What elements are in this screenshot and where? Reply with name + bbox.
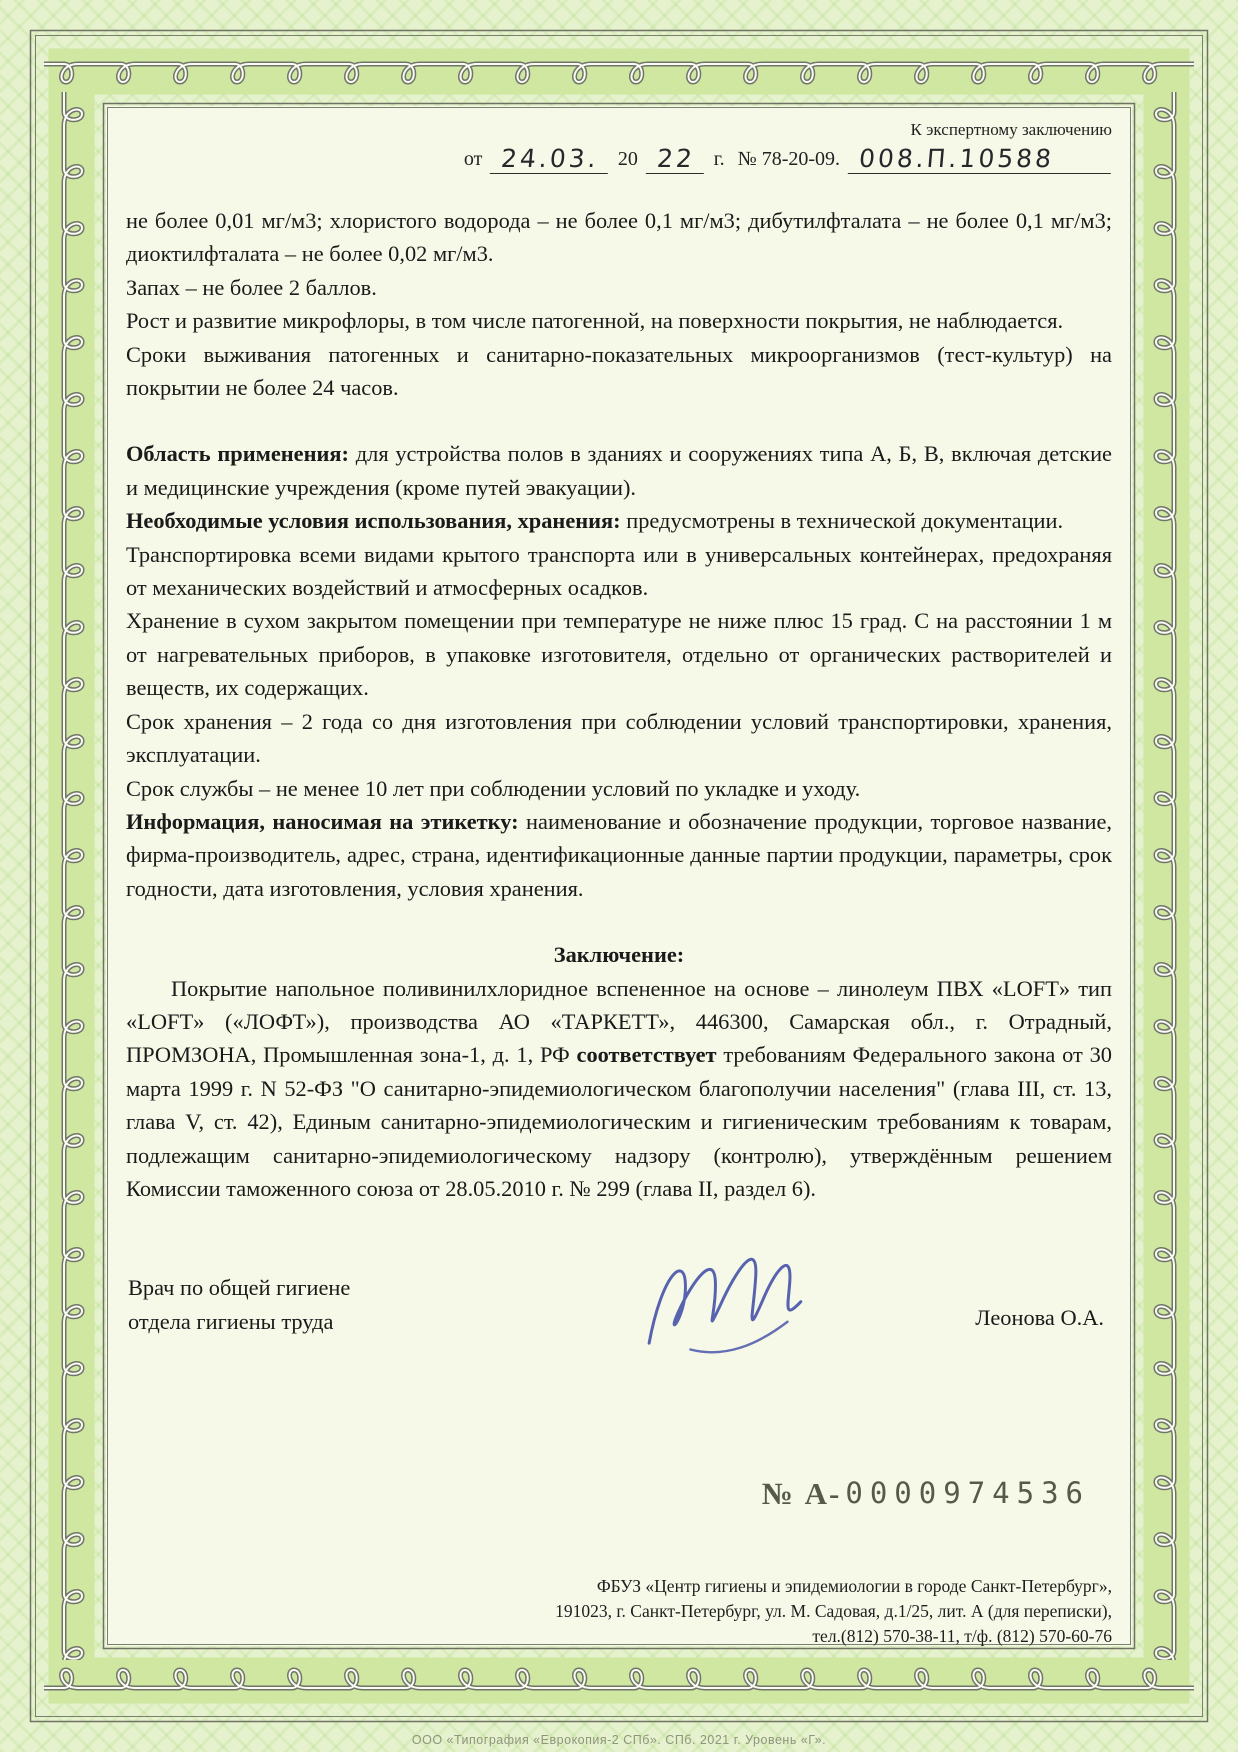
paragraph: Необходимые условия использования, хране… [126, 504, 1112, 537]
issuer-line: ФБУЗ «Центр гигиены и эпидемиологии в го… [555, 1574, 1112, 1599]
signer-role-line1: Врач по общей гигиене [128, 1271, 350, 1304]
paragraph: Хранение в сухом закрытом помещении при … [126, 604, 1112, 704]
header-ref-note: К экспертному заключению [126, 108, 1112, 140]
conclusion-paragraph: Покрытие напольное поливинилхлоридное вс… [126, 972, 1112, 1206]
paragraph: Область применения: для устройства полов… [126, 437, 1112, 504]
paragraph: Информация, наносимая на этикетку: наиме… [126, 805, 1112, 905]
year-suffix: г. [714, 148, 725, 170]
header-date-line: от 24.03. 20 22 г. № 78-20-09. 008.П.105… [126, 146, 1112, 174]
signer-role: Врач по общей гигиене отдела гигиены тру… [128, 1271, 350, 1338]
signer-name: Леонова О.А. [975, 1305, 1104, 1331]
serial-digits: 0000974536 [845, 1476, 1090, 1510]
paragraph: Рост и развитие микрофлоры, в том числе … [126, 304, 1112, 337]
paragraph: Сроки выживания патогенных и санитарно-п… [126, 338, 1112, 405]
paragraph: Запах – не более 2 баллов. [126, 271, 1112, 304]
serial-prefix: № А- [762, 1476, 842, 1511]
conclusion-heading: Заключение: [126, 938, 1112, 971]
certificate-page: К экспертному заключению от 24.03. 20 22… [0, 0, 1238, 1752]
issuer-contact-block: ФБУЗ «Центр гигиены и эпидемиологии в го… [555, 1574, 1112, 1649]
printed-century: 20 [618, 148, 638, 170]
issuer-line: 191023, г. Санкт-Петербург, ул. М. Садов… [555, 1599, 1112, 1624]
signature-ink [626, 1225, 856, 1375]
signer-role-line2: отдела гигиены труда [128, 1305, 350, 1338]
paper-area: К экспертному заключению от 24.03. 20 22… [110, 108, 1128, 1648]
paragraph: не более 0,01 мг/м3; хлористого водорода… [126, 204, 1112, 271]
paragraph: Срок хранения – 2 года со дня изготовлен… [126, 705, 1112, 772]
serial-number: № А- 0000974536 [762, 1476, 1090, 1512]
paragraph-text: предусмотрены в технической документации… [621, 508, 1063, 533]
handwritten-date: 24.03. [490, 146, 610, 174]
signature-block: Врач по общей гигиене отдела гигиены тру… [126, 1261, 1112, 1391]
from-label: от [464, 148, 482, 170]
paragraph-lead: Информация, наносимая на этикетку: [126, 809, 519, 834]
issuer-line: тел.(812) 570-38-11, т/ф. (812) 570-60-7… [555, 1624, 1112, 1649]
paragraph-lead: Необходимые условия использования, хране… [126, 508, 621, 533]
paragraph: Транспортировка всеми видами крытого тра… [126, 538, 1112, 605]
case-number-label: № 78-20-09. [738, 148, 840, 170]
document-body: не более 0,01 мг/м3; хлористого водорода… [126, 204, 1112, 1205]
conclusion-emphasis: соответствует [577, 1042, 717, 1067]
paragraph-lead: Область применения: [126, 441, 349, 466]
handwritten-year: 22 [646, 146, 706, 174]
paragraph: Срок службы – не менее 10 лет при соблюд… [126, 772, 1112, 805]
print-house-note: ООО «Типография «Еврокопия-2 СПб». СПб. … [0, 1733, 1238, 1747]
handwritten-number: 008.П.10588 [848, 146, 1113, 174]
